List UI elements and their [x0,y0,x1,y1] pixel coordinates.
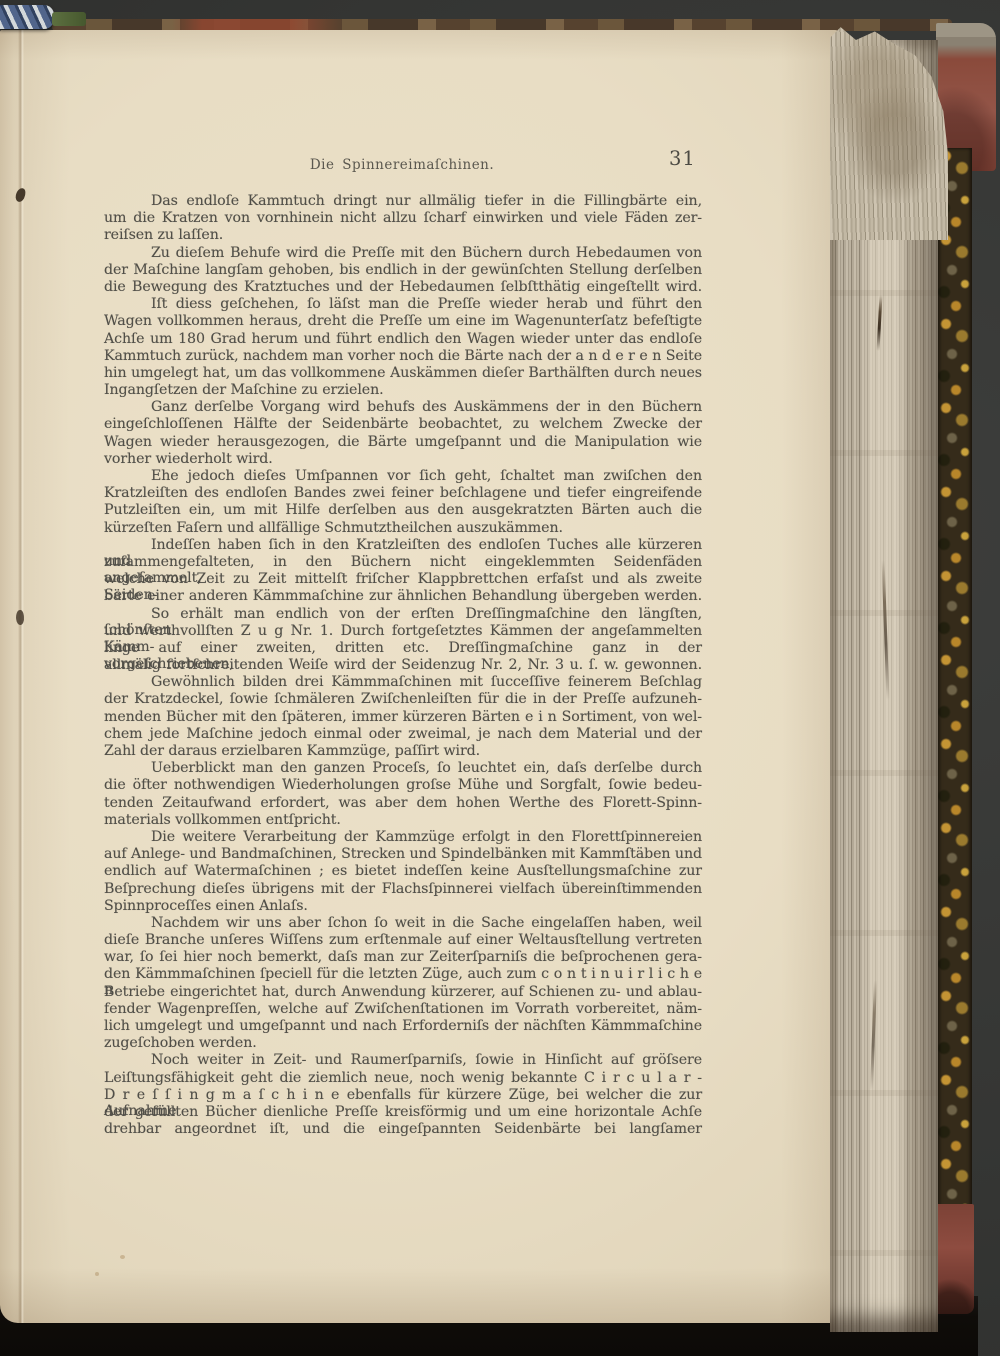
text-line: auf Anlege- und Bandmaſchinen, Strecken … [104,846,702,863]
text-line: Ueberblickt man den ganzen Proceſs, ſo l… [104,760,702,777]
text-line: bärte einer anderen Kämmmaſchine zur ähn… [104,588,702,605]
text-line: Kammtuch zurück, nachdem man vorher noch… [104,348,702,365]
text-line: welche von Zeit zu Zeit mittelſt friſche… [104,571,702,588]
text-line: die öfter nothwendigen Wiederholungen gr… [104,777,702,794]
text-line: materials vollkommen entſpricht. [104,812,702,829]
headband [0,5,54,29]
text-line: endlich auf Watermaſchinen ; es bietet i… [104,863,702,880]
running-header: Die Spinnereimaſchinen. [102,157,702,173]
page-number: 31 [669,147,696,170]
text-line: Die weitere Verarbeitung der Kammzüge er… [104,829,702,846]
foxing-spot [95,1272,99,1276]
text-line: menden Bücher mit den ſpäteren, immer kü… [104,709,702,726]
text-line: linge auf einer zweiten, dritten etc. Dr… [104,640,702,657]
text-line: der gefüllten Bücher dienliche Preſſe kr… [104,1104,702,1121]
text-line: den Kämmmaſchinen ſpeciell für die letzt… [104,966,702,983]
text-line: kürzeſten Faſern und allfällige Schmutzt… [104,520,702,537]
text-line: Beſprechung dieſes übrigens mit der Flac… [104,881,702,898]
ink-speck [15,187,27,203]
book-page: Die Spinnereimaſchinen. 31 Das endloſe K… [0,30,841,1323]
text-line: Ehe jedoch dieſes Umſpannen vor ſich geh… [104,468,702,485]
text-line: fender Wagenpreſſen, welche auf Zwiſchen… [104,1001,702,1018]
text-line: um die Kratzen von vornhinein nicht allz… [104,210,702,227]
text-line: drehbar angeordnet iſt, und die eingeſpa… [104,1121,702,1138]
text-line: Spinnproceſſes einen Anlaſs. [104,898,702,915]
text-line: Wagen vollkommen heraus, dreht die Preſſ… [104,313,702,330]
scanned-book-photo: Die Spinnereimaſchinen. 31 Das endloſe K… [0,0,1000,1356]
page-edge-crack [877,295,883,351]
page-edge-crack [882,560,890,700]
text-line: Kratzleiſten des endloſen Bandes zwei fe… [104,485,702,502]
text-line: chem jede Maſchine jedoch einmal oder zw… [104,726,702,743]
text-line: allmälig fortſchreitenden Weiſe wird der… [104,657,702,674]
page-edge-crack [870,980,877,1090]
text-line: zuſammengefalteten, in den Büchern nicht… [104,554,702,571]
text-line: war, ſo ſei hier noch bemerkt, daſs man … [104,949,702,966]
text-line: tenden Zeitaufwand erfordert, was aber d… [104,795,702,812]
text-line: Ingangſetzen der Maſchine zu erzielen. [104,382,702,399]
text-line: Ganz derſelbe Vorgang wird behufs des Au… [104,399,702,416]
text-block: Das endloſe Kammtuch dringt nur allmälig… [104,193,702,1138]
text-line: Das endloſe Kammtuch dringt nur allmälig… [104,193,702,210]
text-line: eingeſchloſſenen Hälfte der Seidenbärte … [104,416,702,433]
text-line: und werthvollſten Z u g Nr. 1. Durch for… [104,623,702,640]
text-line: dieſe Branche unſeres Wiſſens zum erſten… [104,932,702,949]
text-line: zugeſchoben werden. [104,1035,702,1052]
text-line: Zu dieſem Behufe wird die Preſſe mit den… [104,245,702,262]
text-line: der Maſchine langſam gehoben, bis endlic… [104,262,702,279]
text-line: Leiſtungsfähigkeit geht die ziemlich neu… [104,1070,702,1087]
text-line: die Bewegung des Kratztuches und der Heb… [104,279,702,296]
gutter-crease [18,30,24,1323]
marbled-board-edge [938,148,972,1212]
text-line: Achſe um 180 Grad herum und führt endlic… [104,331,702,348]
foxing-spot [120,1255,125,1259]
text-line: vorher wiederholt wird. [104,451,702,468]
text-line: Indeſſen haben ſich in den Kratzleiſten … [104,537,702,554]
text-line: Betriebe eingerichtet hat, durch Anwendu… [104,984,702,1001]
text-line: Putzleiſten ein, um mit Hilfe derſelben … [104,502,702,519]
text-line: hin umgelegt hat, um das vollkommene Aus… [104,365,702,382]
text-line: Noch weiter in Zeit- und Raumerſparniſs,… [104,1052,702,1069]
text-line: Gewöhnlich bilden drei Kämmmaſchinen mit… [104,674,702,691]
text-line: Wagen wieder herausgezogen, die Bärte um… [104,434,702,451]
text-line: der Kratzdeckel, ſowie ſchmäleren Zwiſch… [104,691,702,708]
text-line: D r e ſ ſ i n g m a ſ c h i n e ebenfall… [104,1087,702,1104]
text-line: Zahl der daraus erzielbaren Kammzüge, pa… [104,743,702,760]
text-line: Nachdem wir uns aber ſchon ſo weit in di… [104,915,702,932]
text-line: reiſsen zu laſſen. [104,227,702,244]
headband-green-thread [52,12,86,26]
text-line: Iſt diess geſchehen, ſo läſst man die Pr… [104,296,702,313]
text-line: lich umgelegt und umgeſpannt und nach Er… [104,1018,702,1035]
text-line: So erhält man endlich von der erſten Dre… [104,606,702,623]
